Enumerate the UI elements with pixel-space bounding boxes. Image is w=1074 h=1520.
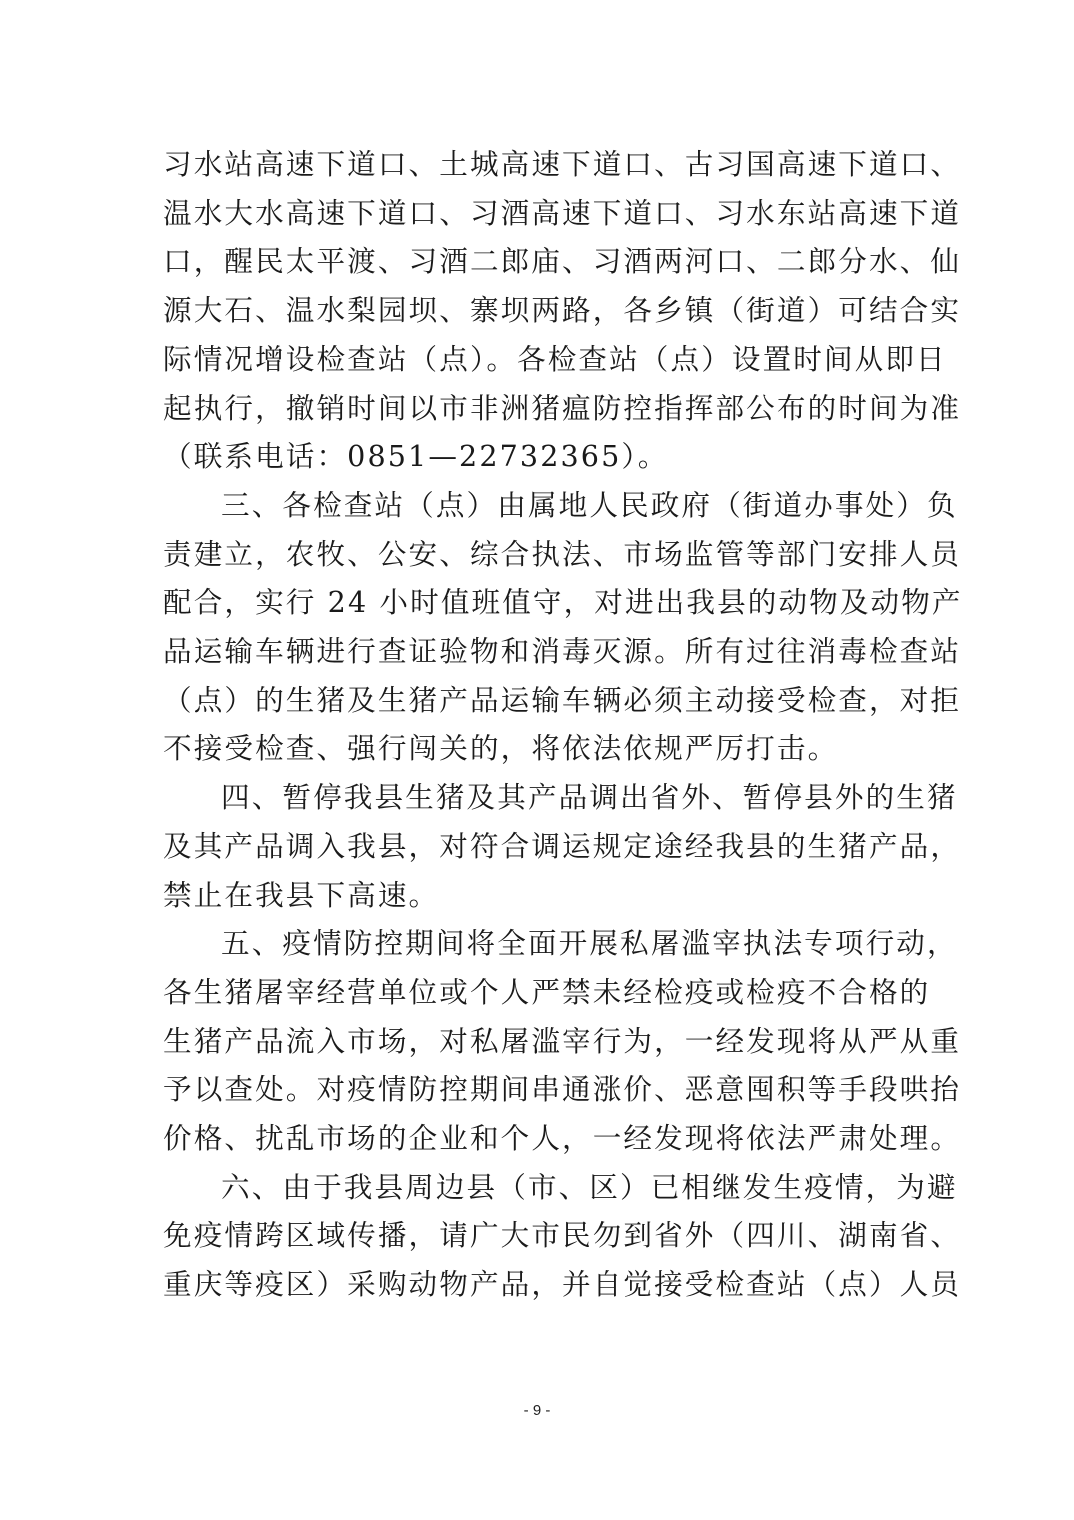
text-line: 六、由于我县周边县（市、区）已相继发生疫情，为避 [163,1163,915,1212]
text-line: 免疫情跨区域传播，请广大市民勿到省外（四川、湖南省、 [163,1211,915,1260]
paragraph-section-6: 六、由于我县周边县（市、区）已相继发生疫情，为避 免疫情跨区域传播，请广大市民勿… [163,1163,915,1309]
text-line: （联系电话：0851—22732365）。 [163,432,915,481]
text-line: 三、各检查站（点）由属地人民政府（街道办事处）负 [163,481,915,530]
document-page: 习水站高速下道口、土城高速下道口、古习国高速下道口、 温水大水高速下道口、习酒高… [0,0,1074,1520]
page-number: - 9 - [0,1402,1074,1419]
paragraph-section-4: 四、暂停我县生猪及其产品调出省外、暂停县外的生猪 及其产品调入我县，对符合调运规… [163,773,915,919]
text-line: 源大石、温水梨园坝、寨坝两路，各乡镇（街道）可结合实 [163,286,915,335]
text-line: 口，醒民太平渡、习酒二郎庙、习酒两河口、二郎分水、仙 [163,237,915,286]
text-line: 予以查处。对疫情防控期间串通涨价、恶意囤积等手段哄抬 [163,1065,915,1114]
paragraph-section-5: 五、疫情防控期间将全面开展私屠滥宰执法专项行动， 各生猪屠宰经营单位或个人严禁未… [163,919,915,1163]
text-line: 责建立，农牧、公安、综合执法、市场监管等部门安排人员 [163,530,915,579]
text-line: 价格、扰乱市场的企业和个人，一经发现将依法严肃处理。 [163,1114,915,1163]
text-line: 不接受检查、强行闯关的，将依法依规严厉打击。 [163,724,915,773]
paragraph-checkpoint-list: 习水站高速下道口、土城高速下道口、古习国高速下道口、 温水大水高速下道口、习酒高… [163,140,915,481]
text-line: 四、暂停我县生猪及其产品调出省外、暂停县外的生猪 [163,773,915,822]
text-line: 习水站高速下道口、土城高速下道口、古习国高速下道口、 [163,140,915,189]
text-line: 温水大水高速下道口、习酒高速下道口、习水东站高速下道 [163,189,915,238]
text-line: 际情况增设检查站（点）。各检查站（点）设置时间从即日 [163,335,915,384]
text-line: 各生猪屠宰经营单位或个人严禁未经检疫或检疫不合格的 [163,968,915,1017]
text-line: 禁止在我县下高速。 [163,871,915,920]
document-body: 习水站高速下道口、土城高速下道口、古习国高速下道口、 温水大水高速下道口、习酒高… [163,140,915,1309]
text-line: 配合，实行 24 小时值班值守，对进出我县的动物及动物产 [163,578,915,627]
text-line: 生猪产品流入市场，对私屠滥宰行为，一经发现将从严从重 [163,1017,915,1066]
text-line: 品运输车辆进行查证验物和消毒灭源。所有过往消毒检查站 [163,627,915,676]
paragraph-section-3: 三、各检查站（点）由属地人民政府（街道办事处）负 责建立，农牧、公安、综合执法、… [163,481,915,773]
text-line: 及其产品调入我县，对符合调运规定途经我县的生猪产品， [163,822,915,871]
text-line: 五、疫情防控期间将全面开展私屠滥宰执法专项行动， [163,919,915,968]
text-line: （点）的生猪及生猪产品运输车辆必须主动接受检查，对拒 [163,676,915,725]
text-line: 重庆等疫区）采购动物产品，并自觉接受检查站（点）人员 [163,1260,915,1309]
text-line: 起执行，撤销时间以市非洲猪瘟防控指挥部公布的时间为准 [163,384,915,433]
